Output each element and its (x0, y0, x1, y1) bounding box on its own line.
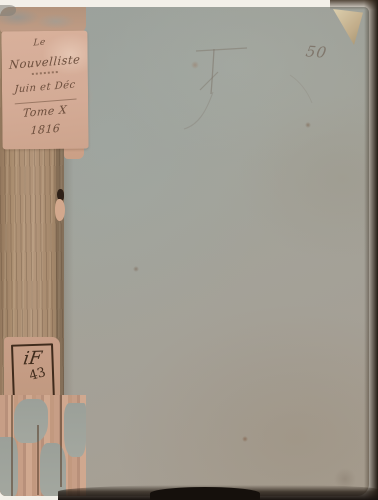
spine-label-underline (32, 70, 58, 74)
spine-crack (60, 395, 62, 487)
spine-damage-grey-patch (40, 443, 66, 496)
shelfmark-label: iF 43 (11, 343, 55, 402)
spine-tear-exposed-board (55, 199, 65, 221)
spine-label-line-tome: Tome X (14, 98, 77, 119)
spine-title-label: Le Nouvelliste Juin et Déc Tome X 1816 (1, 31, 88, 150)
shelfmark-letters: iF (12, 347, 53, 369)
spine-damage-grey-patch (0, 437, 18, 496)
bottom-shadow-dark-spot (150, 487, 260, 500)
top-left-smudge (0, 5, 16, 16)
right-edge-shadow (364, 0, 378, 500)
photo-background: Le Nouvelliste Juin et Déc Tome X 1816 i… (0, 0, 378, 500)
spine-label-line-months: Juin et Déc (2, 79, 88, 96)
spine-damage-grey-patch (64, 403, 86, 457)
spine-label-line-title: Nouvelliste (2, 54, 88, 72)
pencil-number: 50 (304, 42, 328, 61)
book-cover-photo: Le Nouvelliste Juin et Déc Tome X 1816 i… (0, 7, 369, 496)
spine-label-line-year: 1816 (2, 120, 88, 138)
spine-crack (37, 425, 39, 495)
spine-crack (11, 395, 13, 496)
spine-damage-grey-patch (14, 399, 48, 443)
spine-damage-bottom (0, 395, 86, 496)
spine-label-line-le: Le (1, 36, 77, 51)
